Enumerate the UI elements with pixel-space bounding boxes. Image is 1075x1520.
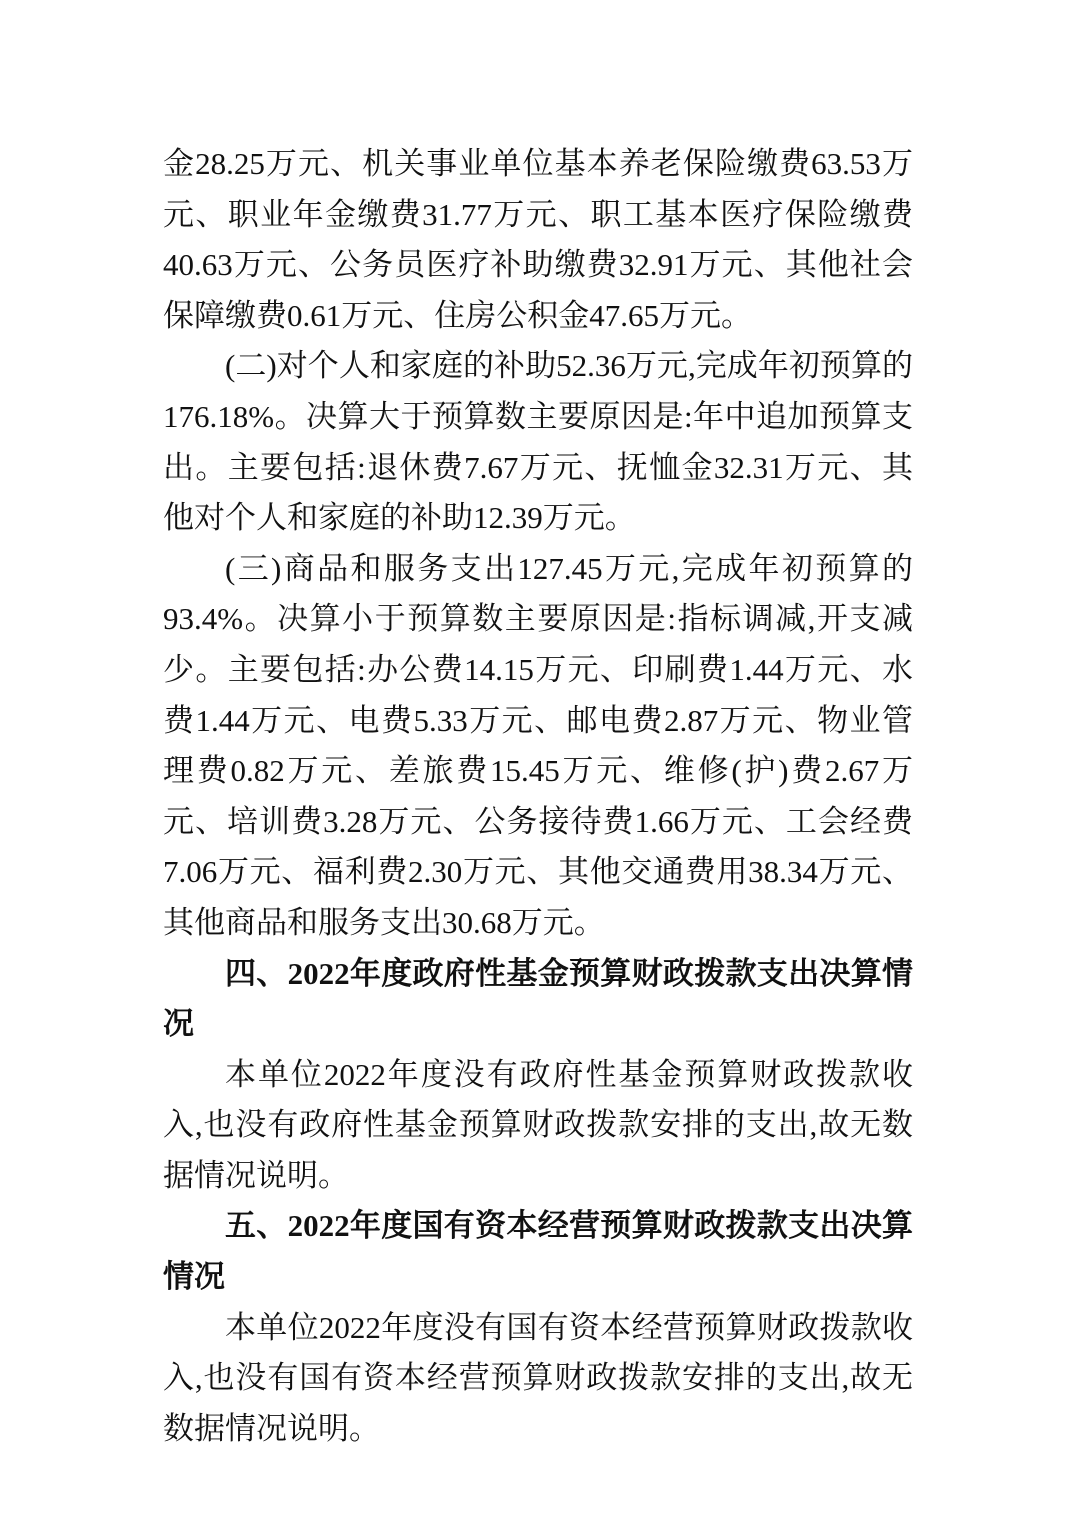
paragraph: (二)对个人和家庭的补助52.36万元,完成年初预算的176.18%。决算大于预… [163, 341, 913, 543]
section-heading: 四、2022年度政府性基金预算财政拨款支出决算情况 [163, 949, 913, 1050]
document-page: 金28.25万元、机关事业单位基本养老保险缴费63.53万元、职业年金缴费31.… [0, 0, 1075, 1520]
paragraph: 本单位2022年度没有政府性基金预算财政拨款收入,也没有政府性基金预算财政拨款安… [163, 1050, 913, 1202]
paragraph: (三)商品和服务支出127.45万元,完成年初预算的93.4%。决算小于预算数主… [163, 544, 913, 949]
paragraph: 金28.25万元、机关事业单位基本养老保险缴费63.53万元、职业年金缴费31.… [163, 139, 913, 341]
section-heading: 五、2022年度国有资本经营预算财政拨款支出决算情况 [163, 1201, 913, 1302]
paragraph: 本单位2022年度没有国有资本经营预算财政拨款收入,也没有国有资本经营预算财政拨… [163, 1303, 913, 1455]
document-body: 金28.25万元、机关事业单位基本养老保险缴费63.53万元、职业年金缴费31.… [163, 139, 913, 1454]
